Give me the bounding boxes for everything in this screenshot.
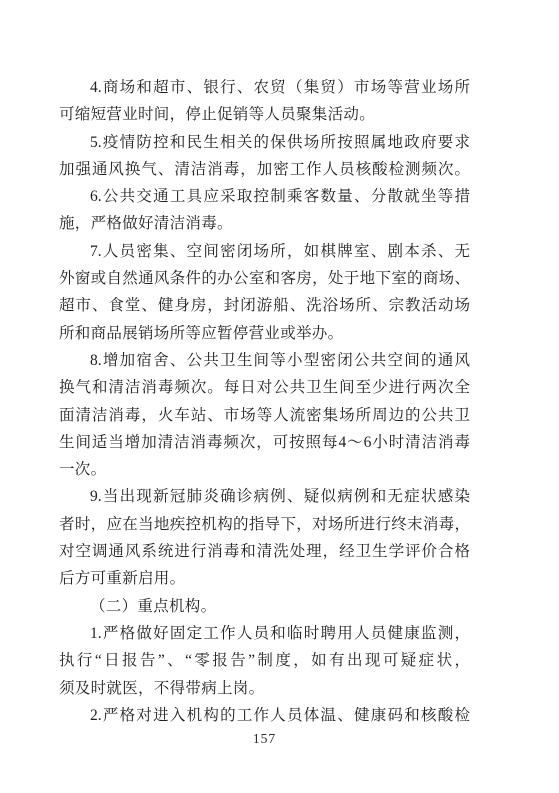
- text-line: 须及时就医，不得带病上岗。: [59, 675, 470, 702]
- text-line: 可缩短营业时间，停止促销等人员聚集活动。: [59, 101, 470, 128]
- text-line: （二）重点机构。: [59, 593, 470, 620]
- text-line: 1.严格做好固定工作人员和临时聘用人员健康监测，: [59, 620, 470, 647]
- text-line: 执行“日报告”、“零报告”制度，如有出现可疑症状，: [59, 647, 470, 674]
- page-number: 157: [59, 731, 470, 747]
- text-line: 面清洁消毒，火车站、市场等人流密集场所周边的公共卫: [59, 402, 470, 429]
- document-body: 4.商场和超市、银行、农贸（集贸）市场等营业场所可缩短营业时间，停止促销等人员聚…: [59, 74, 470, 729]
- text-line: 所和商品展销场所等应暂停营业或举办。: [59, 320, 470, 347]
- text-line: 7.人员密集、空间密闭场所，如棋牌室、剧本杀、无: [59, 238, 470, 265]
- text-line: 加强通风换气、清洁消毒，加密工作人员核酸检测频次。: [59, 156, 470, 183]
- text-line: 者时，应在当地疾控机构的指导下，对场所进行终末消毒，: [59, 511, 470, 538]
- text-line: 后方可重新启用。: [59, 565, 470, 592]
- text-line: 8.增加宿舍、公共卫生间等小型密闭公共空间的通风: [59, 347, 470, 374]
- document-page: 4.商场和超市、银行、农贸（集贸）市场等营业场所可缩短营业时间，停止促销等人员聚…: [0, 0, 559, 793]
- text-line: 对空调通风系统进行消毒和清洗处理，经卫生学评价合格: [59, 538, 470, 565]
- text-line: 换气和清洁消毒频次。每日对公共卫生间至少进行两次全: [59, 374, 470, 401]
- text-line: 外窗或自然通风条件的办公室和客房，处于地下室的商场、: [59, 265, 470, 292]
- text-line: 施，严格做好清洁消毒。: [59, 210, 470, 237]
- text-line: 生间适当增加清洁消毒频次，可按照每4～6小时清洁消毒: [59, 429, 470, 456]
- text-line: 5.疫情防控和民生相关的保供场所按照属地政府要求: [59, 129, 470, 156]
- text-line: 2.严格对进入机构的工作人员体温、健康码和核酸检: [59, 702, 470, 729]
- text-line: 9.当出现新冠肺炎确诊病例、疑似病例和无症状感染: [59, 483, 470, 510]
- text-line: 一次。: [59, 456, 470, 483]
- text-line: 4.商场和超市、银行、农贸（集贸）市场等营业场所: [59, 74, 470, 101]
- text-line: 超市、食堂、健身房，封闭游船、洗浴场所、宗教活动场: [59, 292, 470, 319]
- text-line: 6.公共交通工具应采取控制乘客数量、分散就坐等措: [59, 183, 470, 210]
